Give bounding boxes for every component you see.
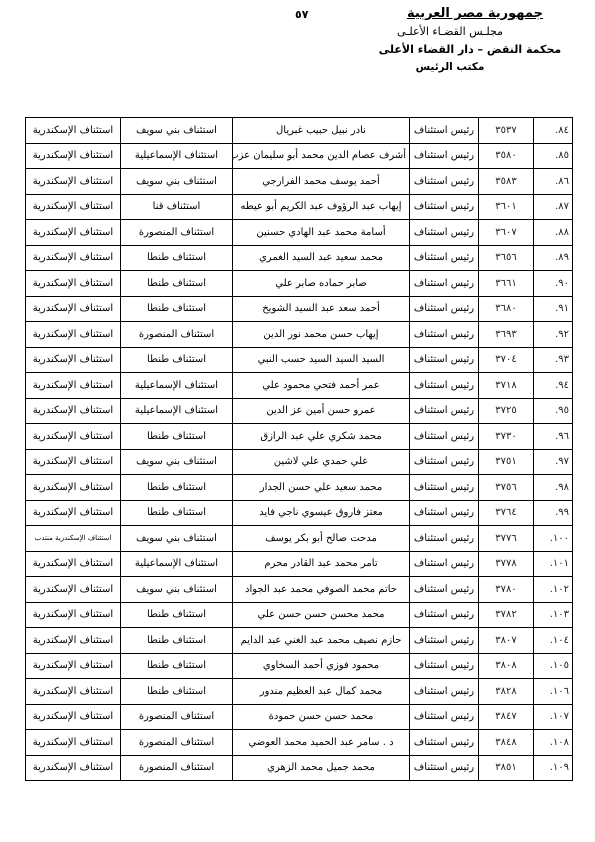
from-court-cell: استئناف قنا <box>121 194 233 220</box>
job-title-cell: رئيس استئناف <box>410 679 479 705</box>
row-index-cell: ٩٧. <box>534 449 573 475</box>
from-court-cell: استئناف بني سويف <box>121 169 233 195</box>
job-title-cell: رئيس استئناف <box>410 424 479 450</box>
judge-name-cell: حازم نصيف محمد عبد الغني عبد الدايم <box>233 628 410 654</box>
row-index-cell: ٩٤. <box>534 373 573 399</box>
seniority-code-cell: ٣٧٨٢ <box>479 602 534 628</box>
table-row: ٨٤.٣٥٣٧رئيس استئنافنادر نبيل حبيب غبريال… <box>26 118 573 144</box>
row-index-cell: ١٠٤. <box>534 628 573 654</box>
seniority-code-cell: ٣٦٥٦ <box>479 245 534 271</box>
seniority-code-cell: ٣٦٠٧ <box>479 220 534 246</box>
judge-name-cell: معتز فاروق عيسوي ناجي فايد <box>233 500 410 526</box>
judge-name-cell: إيهاب حسن محمد نور الدين <box>233 322 410 348</box>
job-title-cell: رئيس استئناف <box>410 143 479 169</box>
seniority-code-cell: ٣٦٠١ <box>479 194 534 220</box>
table-row: ١٠٩.٣٨٥١رئيس استئنافمحمد جميل محمد الزهر… <box>26 755 573 781</box>
table-row: ٩٥.٣٧٢٥رئيس استئنافعمرو حسن أمين عز الدي… <box>26 398 573 424</box>
row-index-cell: ٩٠. <box>534 271 573 297</box>
judge-name-cell: نادر نبيل حبيب غبريال <box>233 118 410 144</box>
seniority-code-cell: ٣٨٠٨ <box>479 653 534 679</box>
row-index-cell: ١٠٩. <box>534 755 573 781</box>
to-court-cell: استئناف الإسكندرية <box>26 449 121 475</box>
seniority-code-cell: ٣٨٤٧ <box>479 704 534 730</box>
table-row: ٨٦.٣٥٨٣رئيس استئنافأحمد يوسف محمد الفرار… <box>26 169 573 195</box>
judge-name-cell: محمد حسن حسن حمودة <box>233 704 410 730</box>
row-index-cell: ١٠٧. <box>534 704 573 730</box>
to-court-cell: استئناف الإسكندرية <box>26 220 121 246</box>
to-court-cell: استئناف الإسكندرية <box>26 704 121 730</box>
seniority-code-cell: ٣٧٣٠ <box>479 424 534 450</box>
seniority-code-cell: ٣٨٤٨ <box>479 730 534 756</box>
seniority-code-cell: ٣٧٧٦ <box>479 526 534 552</box>
table-row: ٩٢.٣٦٩٣رئيس استئنافإيهاب حسن محمد نور ال… <box>26 322 573 348</box>
table-row: ١٠٧.٣٨٤٧رئيس استئنافمحمد حسن حسن حمودةاس… <box>26 704 573 730</box>
judge-name-cell: أسامة محمد عبد الهادي حسنين <box>233 220 410 246</box>
row-index-cell: ١٠٠. <box>534 526 573 552</box>
seniority-code-cell: ٣٦٩٣ <box>479 322 534 348</box>
judge-name-cell: حاتم محمد الصوفي محمد عبد الجواد <box>233 577 410 603</box>
from-court-cell: استئناف طنطا <box>121 271 233 297</box>
seniority-code-cell: ٣٧٢٥ <box>479 398 534 424</box>
table-row: ٩٧.٣٧٥١رئيس استئنافعلي حمدي علي لاشيناست… <box>26 449 573 475</box>
judges-transfer-table: ٨٤.٣٥٣٧رئيس استئنافنادر نبيل حبيب غبريال… <box>25 117 573 781</box>
job-title-cell: رئيس استئناف <box>410 704 479 730</box>
to-court-cell: استئناف الإسكندرية <box>26 551 121 577</box>
judge-name-cell: أحمد يوسف محمد الفرارجي <box>233 169 410 195</box>
seniority-code-cell: ٣٥٨٠ <box>479 143 534 169</box>
job-title-cell: رئيس استئناف <box>410 730 479 756</box>
seniority-code-cell: ٣٧٥١ <box>479 449 534 475</box>
header-republic: جمهورية مصر العربية <box>380 6 570 21</box>
judge-name-cell: صابر حماده صابر علي <box>233 271 410 297</box>
from-court-cell: استئناف طنطا <box>121 602 233 628</box>
row-index-cell: ٨٥. <box>534 143 573 169</box>
to-court-cell: استئناف الإسكندرية <box>26 245 121 271</box>
table-row: ٩٤.٣٧١٨رئيس استئنافعمر أحمد فتحي محمود ع… <box>26 373 573 399</box>
judge-name-cell: مدحت صالح أبو بكر يوسف <box>233 526 410 552</box>
job-title-cell: رئيس استئناف <box>410 194 479 220</box>
seniority-code-cell: ٣٨٠٧ <box>479 628 534 654</box>
from-court-cell: استئناف الإسماعيلية <box>121 373 233 399</box>
from-court-cell: استئناف المنصورة <box>121 704 233 730</box>
judge-name-cell: محمد شكري علي عبد الرازق <box>233 424 410 450</box>
from-court-cell: استئناف بني سويف <box>121 449 233 475</box>
judge-name-cell: عمرو حسن أمين عز الدين <box>233 398 410 424</box>
job-title-cell: رئيس استئناف <box>410 449 479 475</box>
judge-name-cell: محمود فوزي أحمد السخاوي <box>233 653 410 679</box>
from-court-cell: استئناف طنطا <box>121 296 233 322</box>
to-court-cell: استئناف الإسكندرية <box>26 602 121 628</box>
table-row: ٩٩.٣٧٦٤رئيس استئنافمعتز فاروق عيسوي ناجي… <box>26 500 573 526</box>
from-court-cell: استئناف المنصورة <box>121 220 233 246</box>
table-row: ١٠٥.٣٨٠٨رئيس استئنافمحمود فوزي أحمد السخ… <box>26 653 573 679</box>
table-row: ١٠٨.٣٨٤٨رئيس استئنافد . سامر عبد الحميد … <box>26 730 573 756</box>
from-court-cell: استئناف بني سويف <box>121 526 233 552</box>
table-row: ١٠٦.٣٨٢٨رئيس استئنافمحمد كمال عبد العظيم… <box>26 679 573 705</box>
to-court-cell: استئناف الإسكندرية <box>26 577 121 603</box>
row-index-cell: ٩٣. <box>534 347 573 373</box>
to-court-cell: استئناف الإسكندرية <box>26 118 121 144</box>
seniority-code-cell: ٣٥٣٧ <box>479 118 534 144</box>
from-court-cell: استئناف المنصورة <box>121 730 233 756</box>
table-row: ٩٠.٣٦٦١رئيس استئنافصابر حماده صابر علياس… <box>26 271 573 297</box>
seniority-code-cell: ٣٧٠٤ <box>479 347 534 373</box>
table-row: ١٠٢.٣٧٨٠رئيس استئنافحاتم محمد الصوفي محم… <box>26 577 573 603</box>
page-number: ٥٧ <box>295 8 308 21</box>
from-court-cell: استئناف طنطا <box>121 628 233 654</box>
seniority-code-cell: ٣٦٨٠ <box>479 296 534 322</box>
job-title-cell: رئيس استئناف <box>410 347 479 373</box>
from-court-cell: استئناف الإسماعيلية <box>121 551 233 577</box>
row-index-cell: ١٠٣. <box>534 602 573 628</box>
job-title-cell: رئيس استئناف <box>410 526 479 552</box>
table-row: ١٠٤.٣٨٠٧رئيس استئنافحازم نصيف محمد عبد ا… <box>26 628 573 654</box>
job-title-cell: رئيس استئناف <box>410 602 479 628</box>
to-court-cell: استئناف الإسكندرية <box>26 424 121 450</box>
from-court-cell: استئناف بني سويف <box>121 577 233 603</box>
job-title-cell: رئيس استئناف <box>410 118 479 144</box>
job-title-cell: رئيس استئناف <box>410 500 479 526</box>
to-court-cell: استئناف الإسكندرية <box>26 322 121 348</box>
judge-name-cell: محمد محسن حسن حسن علي <box>233 602 410 628</box>
seniority-code-cell: ٣٧٧٨ <box>479 551 534 577</box>
header-council: مجلـس القضـاء الأعلـى <box>330 25 570 38</box>
table-row: ١٠١.٣٧٧٨رئيس استئنافتامر محمد عبد القادر… <box>26 551 573 577</box>
job-title-cell: رئيس استئناف <box>410 169 479 195</box>
row-index-cell: ٩٢. <box>534 322 573 348</box>
job-title-cell: رئيس استئناف <box>410 755 479 781</box>
table-row: ٨٧.٣٦٠١رئيس استئنافإيهاب عبد الرؤوف عبد … <box>26 194 573 220</box>
job-title-cell: رئيس استئناف <box>410 475 479 501</box>
from-court-cell: استئناف بني سويف <box>121 118 233 144</box>
row-index-cell: ٨٨. <box>534 220 573 246</box>
from-court-cell: استئناف طنطا <box>121 245 233 271</box>
table-row: ٩٣.٣٧٠٤رئيس استئنافالسيد السيد السيد حسب… <box>26 347 573 373</box>
from-court-cell: استئناف طنطا <box>121 424 233 450</box>
to-court-cell: استئناف الإسكندرية <box>26 628 121 654</box>
job-title-cell: رئيس استئناف <box>410 398 479 424</box>
row-index-cell: ١٠٥. <box>534 653 573 679</box>
table-row: ٩٦.٣٧٣٠رئيس استئنافمحمد شكري علي عبد الر… <box>26 424 573 450</box>
judge-name-cell: أحمد سعد عبد السيد الشويخ <box>233 296 410 322</box>
seniority-code-cell: ٣٧٦٤ <box>479 500 534 526</box>
judge-name-cell: إيهاب عبد الرؤوف عبد الكريم أبو عيطه <box>233 194 410 220</box>
judge-name-cell: محمد جميل محمد الزهري <box>233 755 410 781</box>
judge-name-cell: أشرف عصام الدين محمد أبو سليمان عزب <box>233 143 410 169</box>
judge-name-cell: محمد كمال عبد العظيم مندور <box>233 679 410 705</box>
job-title-cell: رئيس استئناف <box>410 322 479 348</box>
to-court-cell: استئناف الإسكندرية <box>26 347 121 373</box>
judge-name-cell: تامر محمد عبد القادر محرم <box>233 551 410 577</box>
to-court-cell: استئناف الإسكندرية <box>26 730 121 756</box>
row-index-cell: ١٠٢. <box>534 577 573 603</box>
to-court-cell: استئناف الإسكندرية منتدب <box>26 526 121 552</box>
row-index-cell: ٨٤. <box>534 118 573 144</box>
table-row: ١٠٣.٣٧٨٢رئيس استئنافمحمد محسن حسن حسن عل… <box>26 602 573 628</box>
job-title-cell: رئيس استئناف <box>410 551 479 577</box>
table-row: ٩٨.٣٧٥٦رئيس استئنافمحمد سعيد علي حسن الج… <box>26 475 573 501</box>
table-row: ٨٨.٣٦٠٧رئيس استئنافأسامة محمد عبد الهادي… <box>26 220 573 246</box>
seniority-code-cell: ٣٦٦١ <box>479 271 534 297</box>
row-index-cell: ٨٦. <box>534 169 573 195</box>
row-index-cell: ٨٧. <box>534 194 573 220</box>
row-index-cell: ٩٥. <box>534 398 573 424</box>
from-court-cell: استئناف طنطا <box>121 653 233 679</box>
seniority-code-cell: ٣٧٥٦ <box>479 475 534 501</box>
to-court-cell: استئناف الإسكندرية <box>26 475 121 501</box>
table-row: ٨٩.٣٦٥٦رئيس استئنافمحمد سعيد عبد السيد ا… <box>26 245 573 271</box>
table-row: ٨٥.٣٥٨٠رئيس استئنافأشرف عصام الدين محمد … <box>26 143 573 169</box>
from-court-cell: استئناف طنطا <box>121 347 233 373</box>
job-title-cell: رئيس استئناف <box>410 373 479 399</box>
job-title-cell: رئيس استئناف <box>410 628 479 654</box>
row-index-cell: ١٠٦. <box>534 679 573 705</box>
to-court-cell: استئناف الإسكندرية <box>26 755 121 781</box>
row-index-cell: ٩٦. <box>534 424 573 450</box>
from-court-cell: استئناف الإسماعيلية <box>121 143 233 169</box>
from-court-cell: استئناف طنطا <box>121 500 233 526</box>
to-court-cell: استئناف الإسكندرية <box>26 398 121 424</box>
header-court: محكمة النقض – دار القضاء الأعلى <box>330 43 595 56</box>
seniority-code-cell: ٣٥٨٣ <box>479 169 534 195</box>
judge-name-cell: د . سامر عبد الحميد محمد العوضي <box>233 730 410 756</box>
to-court-cell: استئناف الإسكندرية <box>26 679 121 705</box>
to-court-cell: استئناف الإسكندرية <box>26 373 121 399</box>
judge-name-cell: علي حمدي علي لاشين <box>233 449 410 475</box>
from-court-cell: استئناف المنصورة <box>121 755 233 781</box>
to-court-cell: استئناف الإسكندرية <box>26 500 121 526</box>
from-court-cell: استئناف طنطا <box>121 475 233 501</box>
judge-name-cell: محمد سعيد عبد السيد الغمري <box>233 245 410 271</box>
seniority-code-cell: ٣٨٥١ <box>479 755 534 781</box>
seniority-code-cell: ٣٧١٨ <box>479 373 534 399</box>
table-row: ٩١.٣٦٨٠رئيس استئنافأحمد سعد عبد السيد ال… <box>26 296 573 322</box>
to-court-cell: استئناف الإسكندرية <box>26 653 121 679</box>
row-index-cell: ٩٨. <box>534 475 573 501</box>
to-court-cell: استئناف الإسكندرية <box>26 143 121 169</box>
to-court-cell: استئناف الإسكندرية <box>26 296 121 322</box>
job-title-cell: رئيس استئناف <box>410 577 479 603</box>
to-court-cell: استئناف الإسكندرية <box>26 169 121 195</box>
job-title-cell: رئيس استئناف <box>410 653 479 679</box>
job-title-cell: رئيس استئناف <box>410 245 479 271</box>
from-court-cell: استئناف طنطا <box>121 679 233 705</box>
header-office: مكتب الرئيس <box>330 61 570 73</box>
seniority-code-cell: ٣٨٢٨ <box>479 679 534 705</box>
judge-name-cell: محمد سعيد علي حسن الجدار <box>233 475 410 501</box>
job-title-cell: رئيس استئناف <box>410 271 479 297</box>
from-court-cell: استئناف الإسماعيلية <box>121 398 233 424</box>
table-row: ١٠٠.٣٧٧٦رئيس استئنافمدحت صالح أبو بكر يو… <box>26 526 573 552</box>
row-index-cell: ١٠١. <box>534 551 573 577</box>
judge-name-cell: عمر أحمد فتحي محمود علي <box>233 373 410 399</box>
seniority-code-cell: ٣٧٨٠ <box>479 577 534 603</box>
document-header: جمهورية مصر العربية مجلـس القضـاء الأعلـ… <box>330 6 570 73</box>
judge-name-cell: السيد السيد السيد حسب النبي <box>233 347 410 373</box>
row-index-cell: ٨٩. <box>534 245 573 271</box>
job-title-cell: رئيس استئناف <box>410 296 479 322</box>
table-body: ٨٤.٣٥٣٧رئيس استئنافنادر نبيل حبيب غبريال… <box>26 118 573 781</box>
row-index-cell: ١٠٨. <box>534 730 573 756</box>
job-title-cell: رئيس استئناف <box>410 220 479 246</box>
to-court-cell: استئناف الإسكندرية <box>26 194 121 220</box>
row-index-cell: ٩٩. <box>534 500 573 526</box>
row-index-cell: ٩١. <box>534 296 573 322</box>
from-court-cell: استئناف المنصورة <box>121 322 233 348</box>
to-court-cell: استئناف الإسكندرية <box>26 271 121 297</box>
